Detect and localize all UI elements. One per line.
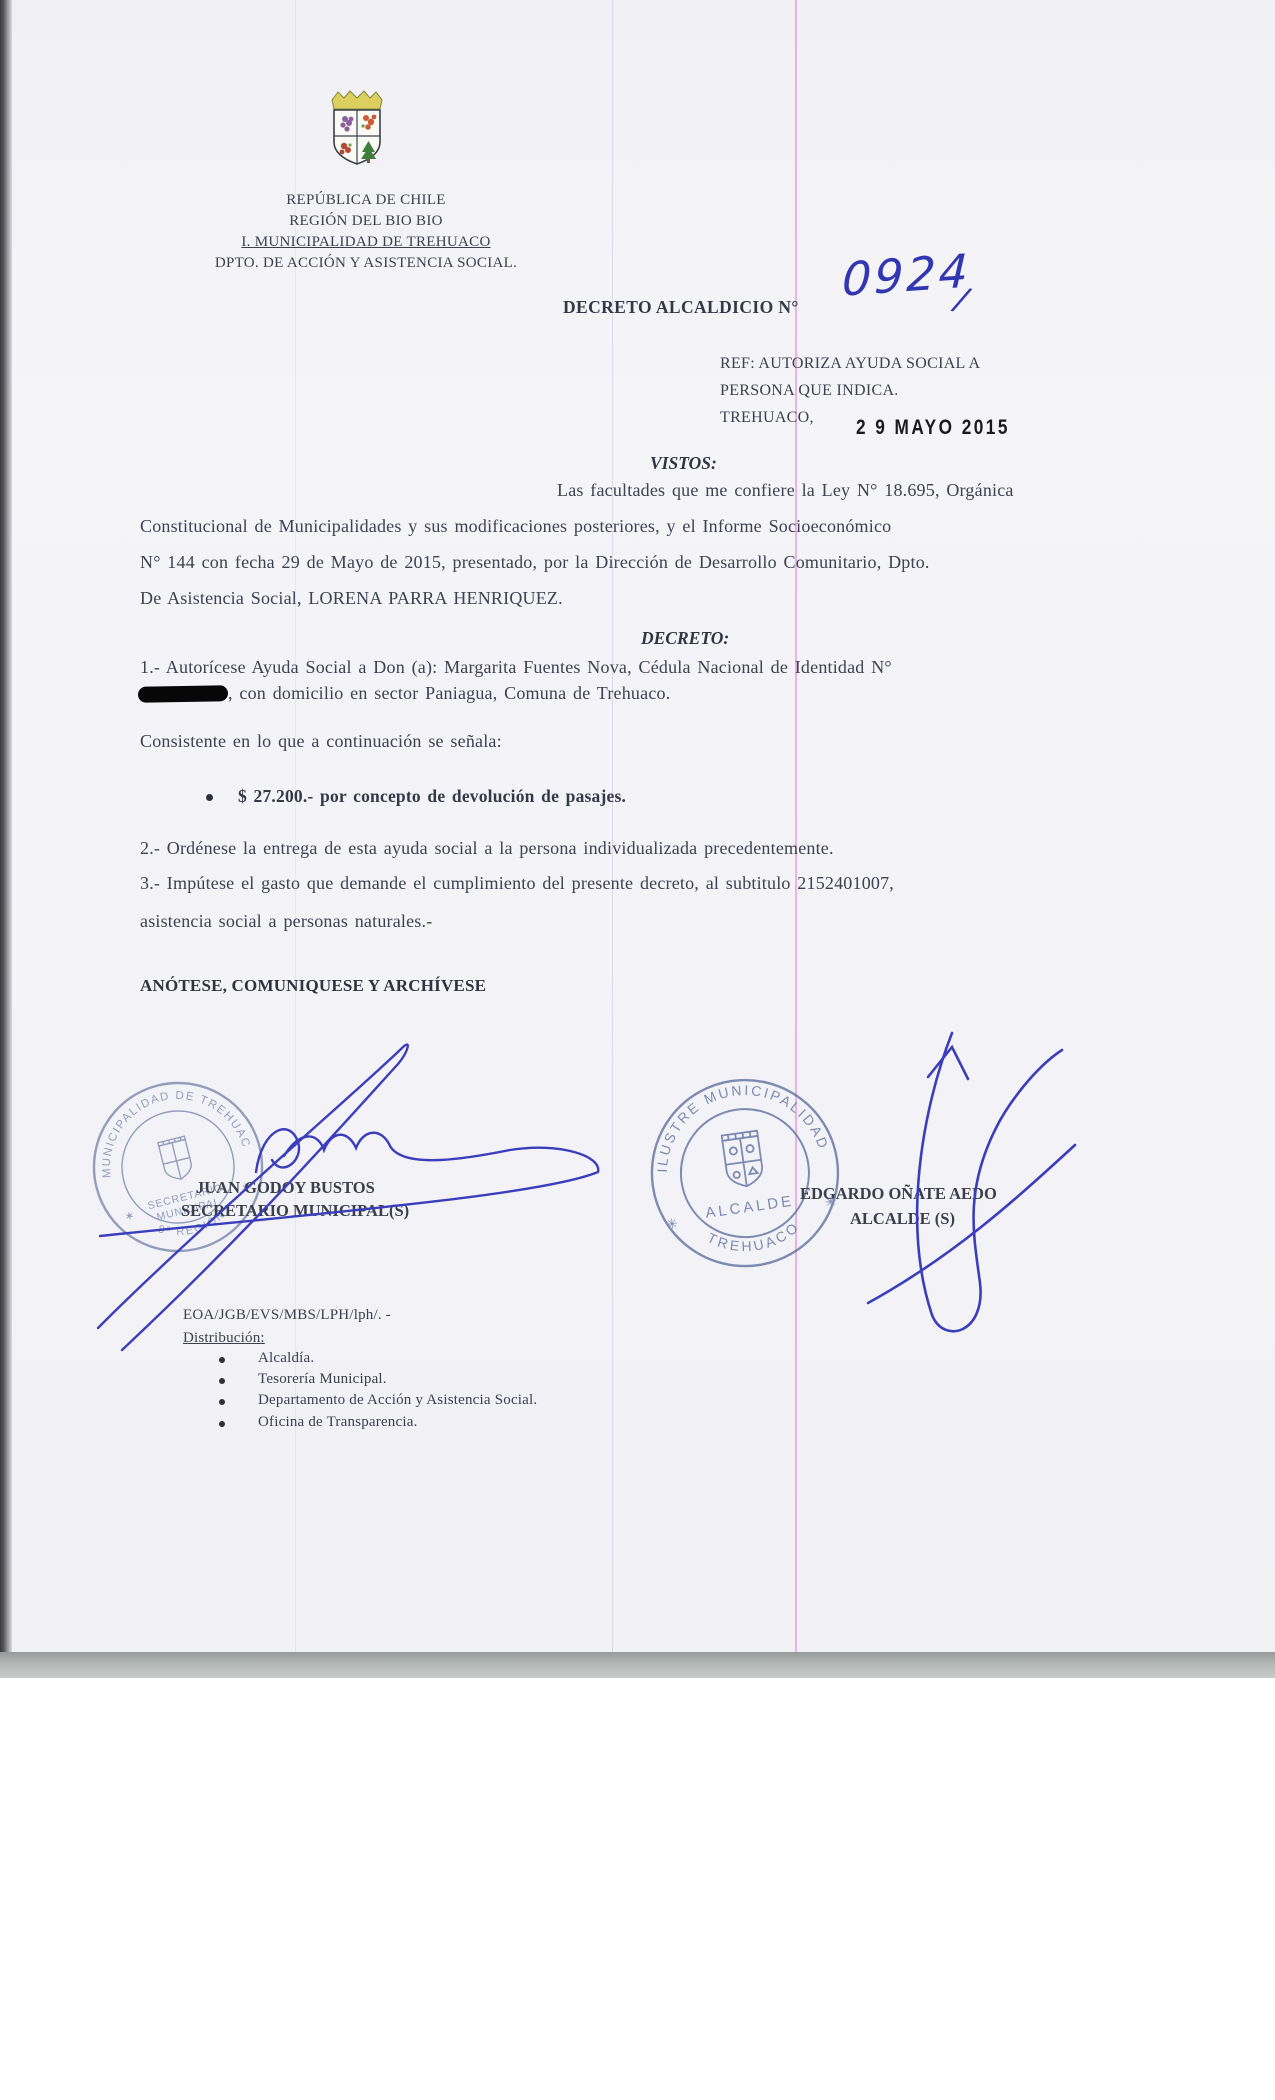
distribution-bullet-dot	[219, 1399, 225, 1405]
distribution-bullet-dot	[219, 1378, 225, 1384]
vistos-heading: VISTOS:	[650, 453, 717, 474]
stamp-center-text: ALCALDE	[704, 1193, 795, 1222]
decreto-item2: 2.- Ordénese la entrega de esta ayuda so…	[140, 838, 834, 859]
stamp-star-icon: ✳	[665, 1215, 679, 1232]
letterhead-department: DPTO. DE ACCIÓN Y ASISTENCIA SOCIAL.	[148, 253, 584, 274]
stamp-arc-text: ILUSTRE MUNICIPALIDAD	[643, 1070, 833, 1175]
redacted-id-number	[138, 685, 228, 703]
decreto-consistente: Consistente en lo que a continuación se …	[140, 731, 502, 752]
scan-bottom-edge	[0, 1652, 1275, 1678]
distribution-item: Tesorería Municipal.	[258, 1371, 387, 1388]
letterhead: REPÚBLICA DE CHILE REGIÓN DEL BIO BIO I.…	[148, 190, 584, 274]
distribution-item: Oficina de Transparencia.	[258, 1414, 418, 1431]
letterhead-region: REGIÓN DEL BIO BIO	[148, 211, 584, 232]
vistos-line-3: N° 144 con fecha 29 de Mayo de 2015, pre…	[140, 552, 930, 573]
closing-formula: ANÓTESE, COMUNIQUESE Y ARCHÍVESE	[140, 976, 486, 996]
ref-line-1: REF: AUTORIZA AYUDA SOCIAL A	[720, 350, 980, 377]
decreto-heading: DECRETO:	[641, 628, 729, 649]
scan-pink-fold-line	[795, 0, 797, 1652]
ref-line-2: PERSONA QUE INDICA.	[720, 377, 980, 404]
alcalde-stamp: ILUSTRE MUNICIPALIDAD TREHUACO ✳ ✳ ALCAL…	[635, 1063, 855, 1283]
secretario-signature	[70, 1020, 630, 1360]
municipal-crest-logo	[318, 86, 396, 168]
letterhead-municipality: I. MUNICIPALIDAD DE TREHUACO	[148, 232, 584, 253]
decree-title: DECRETO ALCALDICIO N°	[563, 297, 799, 318]
decreto-item1-line1: 1.- Autorícese Ayuda Social a Don (a): M…	[140, 657, 892, 678]
decreto-item1-line2: , con domicilio en sector Paniagua, Comu…	[228, 683, 670, 704]
date-stamp: 2 9 MAYO 2015	[856, 416, 1010, 440]
scanned-paper: REPÚBLICA DE CHILE REGIÓN DEL BIO BIO I.…	[0, 0, 1275, 1652]
alcalde-signature	[840, 1015, 1100, 1345]
decreto-item3-line2: asistencia social a personas naturales.-	[140, 911, 432, 932]
svg-text:ILUSTRE MUNICIPALIDAD: ILUSTRE MUNICIPALIDAD	[643, 1070, 833, 1175]
handwritten-decree-number: 0924	[841, 243, 972, 306]
distribution-bullet-dot	[219, 1421, 225, 1427]
stamp-shield-icon	[722, 1131, 765, 1189]
scan-fold-line	[612, 0, 613, 1652]
letterhead-country: REPÚBLICA DE CHILE	[148, 190, 584, 211]
decreto-item3-line1: 3.- Impútese el gasto que demande el cum…	[140, 873, 894, 894]
vistos-line-2: Constitucional de Municipalidades y sus …	[140, 516, 891, 537]
vistos-line-4: De Asistencia Social, LORENA PARRA HENRI…	[140, 588, 563, 609]
amount-bullet-dot	[206, 794, 213, 801]
scan-left-edge	[0, 0, 12, 1652]
vistos-line-1: Las facultades que me confiere la Ley N°…	[557, 480, 1014, 501]
distribution-item: Departamento de Acción y Asistencia Soci…	[258, 1392, 537, 1409]
amount-bullet-text: $ 27.200.- por concepto de devolución de…	[238, 786, 626, 807]
